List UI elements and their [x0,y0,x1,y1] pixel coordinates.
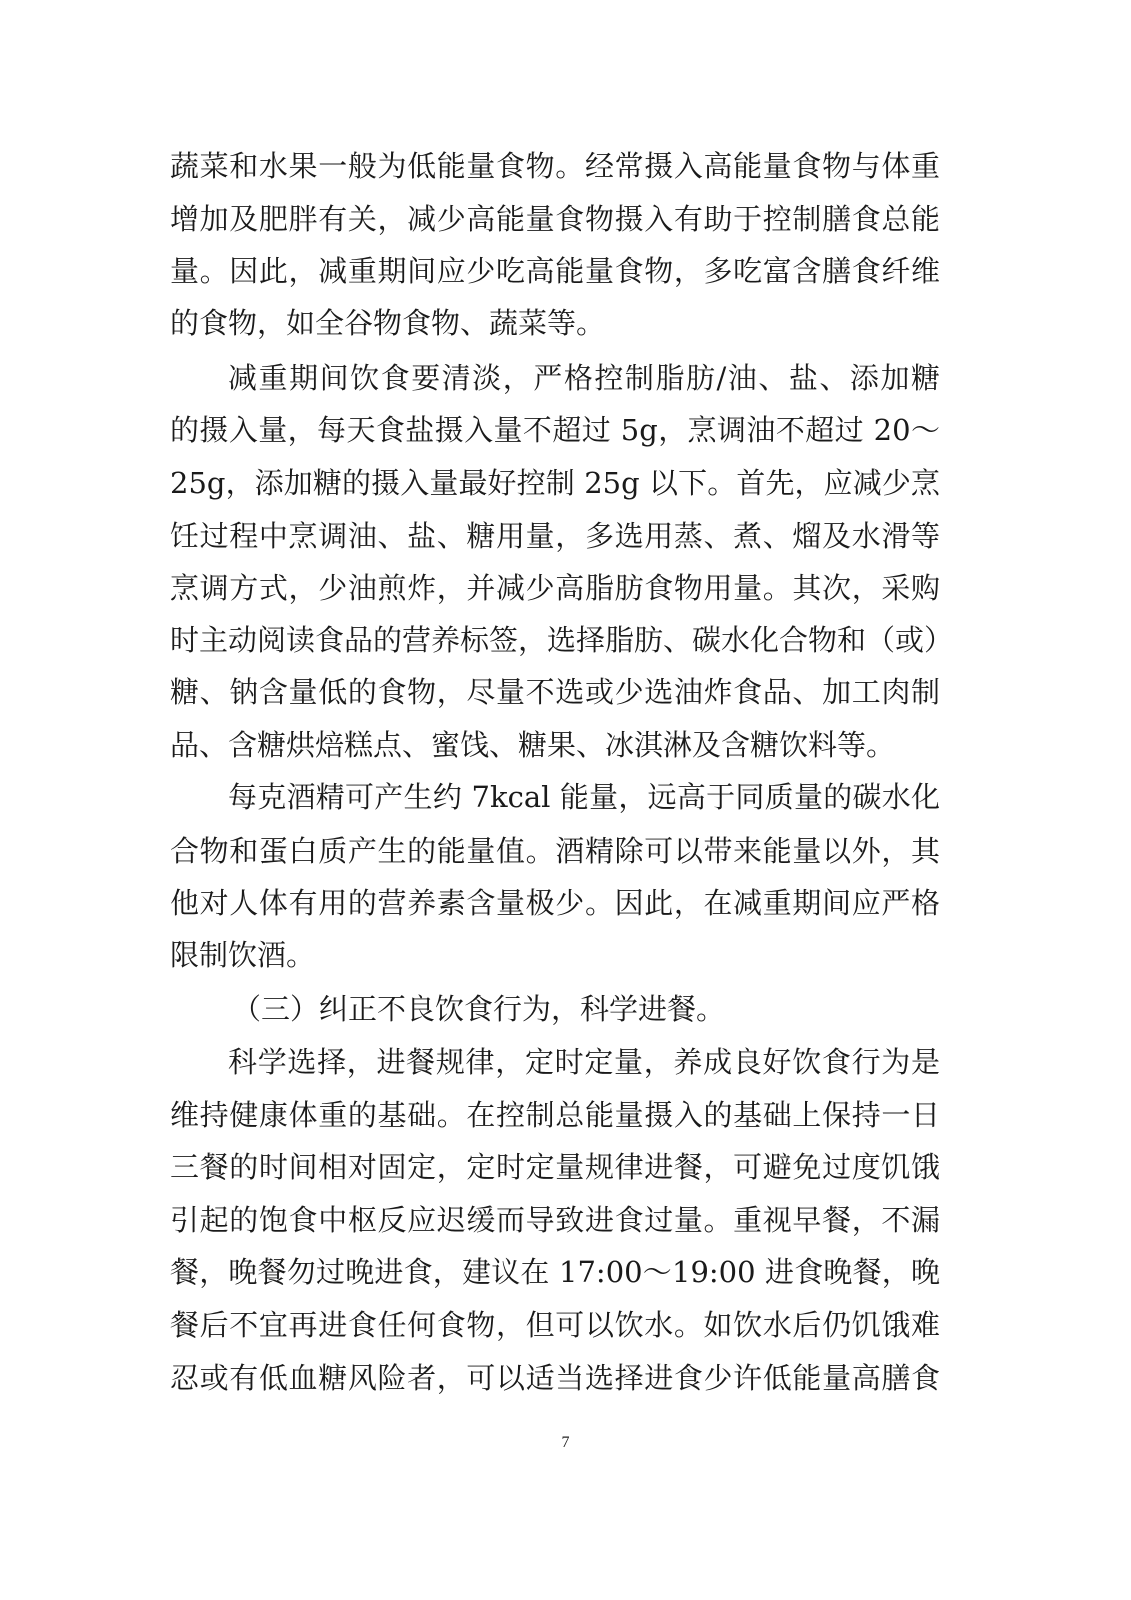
paragraph-start-line: 科学选择，进餐规律，定时定量，养成良好饮食行为是 [228,1042,940,1082]
page-number: 7 [0,1434,1131,1452]
text-line: 忍或有低血糖风险者，可以适当选择进食少许低能量高膳食 [170,1358,940,1398]
text-line: 餐，晚餐勿过晚进食，建议在 17:00～19:00 进食晚餐，晚 [170,1252,940,1292]
text-line: 他对人体有用的营养素含量极少。因此，在减重期间应严格 [170,883,940,923]
text-line: 糖、钠含量低的食物，尽量不选或少选油炸食品、加工肉制 [170,672,940,712]
text-line: 蔬菜和水果一般为低能量食物。经常摄入高能量食物与体重 [170,146,940,186]
text-line: 量。因此，减重期间应少吃高能量食物，多吃富含膳食纤维 [170,251,940,291]
section-heading: （三）纠正不良饮食行为，科学进餐。 [232,989,832,1029]
paragraph-start-line: 每克酒精可产生约 7kcal 能量，远高于同质量的碳水化 [228,777,940,817]
text-line: 维持健康体重的基础。在控制总能量摄入的基础上保持一日 [170,1095,940,1135]
text-line: 合物和蛋白质产生的能量值。酒精除可以带来能量以外，其 [170,831,940,871]
text-line: 25g，添加糖的摄入量最好控制 25g 以下。首先，应减少烹 [170,463,940,503]
text-line: 限制饮酒。 [170,935,940,975]
text-line: 的食物，如全谷物食物、蔬菜等。 [170,303,940,343]
text-line: 的摄入量，每天食盐摄入量不超过 5g，烹调油不超过 20～ [170,410,940,450]
document-page: 蔬菜和水果一般为低能量食物。经常摄入高能量食物与体重 增加及肥胖有关，减少高能量… [0,0,1131,1600]
text-line: 饪过程中烹调油、盐、糖用量，多选用蒸、煮、熘及水滑等 [170,516,940,556]
text-line: 时主动阅读食品的营养标签，选择脂肪、碳水化合物和（或） [170,620,940,660]
text-line: 烹调方式，少油煎炸，并减少高脂肪食物用量。其次，采购 [170,568,940,608]
text-line: 餐后不宜再进食任何食物，但可以饮水。如饮水后仍饥饿难 [170,1305,940,1345]
text-line: 三餐的时间相对固定，定时定量规律进餐，可避免过度饥饿 [170,1147,940,1187]
text-line: 增加及肥胖有关，减少高能量食物摄入有助于控制膳食总能 [170,199,940,239]
text-line: 引起的饱食中枢反应迟缓而导致进食过量。重视早餐，不漏 [170,1200,940,1240]
paragraph-start-line: 减重期间饮食要清淡，严格控制脂肪/油、盐、添加糖 [228,358,940,398]
text-line: 品、含糖烘焙糕点、蜜饯、糖果、冰淇淋及含糖饮料等。 [170,725,940,765]
